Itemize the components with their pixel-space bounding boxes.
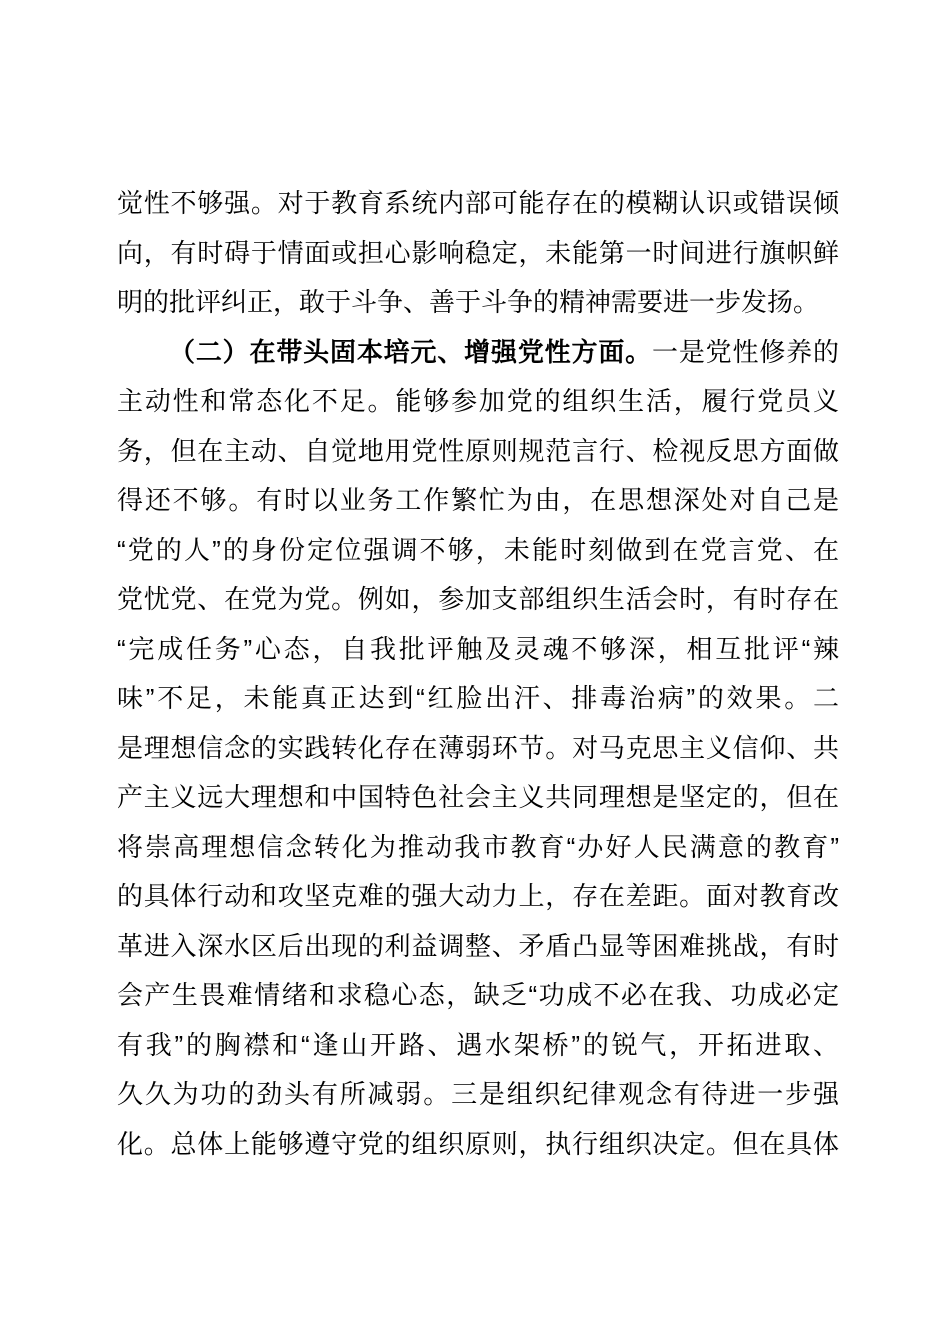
text-line: 的具体行动和攻坚克难的强大动力上，存在差距。面对教育改: [117, 872, 839, 922]
text-line: 化。总体上能够遵守党的组织原则，执行组织决定。但在具体: [117, 1120, 839, 1170]
text-run: 向，有时碍于情面或担心影响稳定，未能第一时间进行旗帜鲜: [117, 238, 839, 268]
text-run: 一是党性修养的: [652, 337, 839, 367]
text-line: 明的批评纠正，敢于斗争、善于斗争的精神需要进一步发扬。: [117, 278, 839, 328]
text-run: 务，但在主动、自觉地用党性原则规范言行、检视反思方面做: [117, 436, 839, 466]
text-run: 得还不够。有时以业务工作繁忙为由，在思想深处对自己是: [117, 485, 839, 515]
text-line: 是理想信念的实践转化存在薄弱环节。对马克思主义信仰、共: [117, 724, 839, 774]
document-body: 觉性不够强。对于教育系统内部可能存在的模糊认识或错误倾向，有时碍于情面或担心影响…: [117, 179, 839, 1169]
text-line: （二）在带头固本培元、增强党性方面。一是党性修养的: [117, 328, 839, 378]
text-line: 味”不足，未能真正达到“红脸出汗、排毒治病”的效果。二: [117, 674, 839, 724]
text-line: 将崇高理想信念转化为推动我市教育“办好人民满意的教育”: [117, 823, 839, 873]
text-run: 主动性和常态化不足。能够参加党的组织生活，履行党员义: [117, 386, 839, 416]
text-line: 主动性和常态化不足。能够参加党的组织生活，履行党员义: [117, 377, 839, 427]
text-run: 的具体行动和攻坚克难的强大动力上，存在差距。面对教育改: [117, 881, 839, 911]
document-page: 觉性不够强。对于教育系统内部可能存在的模糊认识或错误倾向，有时碍于情面或担心影响…: [0, 0, 950, 1344]
text-run: 久久为功的劲头有所减弱。三是组织纪律观念有待进一步强: [117, 1079, 839, 1109]
text-run: 味”不足，未能真正达到“红脸出汗、排毒治病”的效果。二: [117, 683, 839, 713]
text-run: 明的批评纠正，敢于斗争、善于斗争的精神需要进一步发扬。: [117, 287, 819, 317]
text-run: 化。总体上能够遵守党的组织原则，执行组织决定。但在具体: [117, 1129, 839, 1159]
text-run: 产主义远大理想和中国特色社会主义共同理想是坚定的，但在: [117, 782, 839, 812]
text-run: 会产生畏难情绪和求稳心态，缺乏“功成不必在我、功成必定: [117, 980, 839, 1010]
text-line: 革进入深水区后出现的利益调整、矛盾凸显等困难挑战，有时: [117, 922, 839, 972]
text-line: 久久为功的劲头有所减弱。三是组织纪律观念有待进一步强: [117, 1070, 839, 1120]
text-line: 党忧党、在党为党。例如，参加支部组织生活会时，有时存在: [117, 575, 839, 625]
text-run: 觉性不够强。对于教育系统内部可能存在的模糊认识或错误倾: [117, 188, 839, 218]
text-run: 革进入深水区后出现的利益调整、矛盾凸显等困难挑战，有时: [117, 931, 839, 961]
text-run: 党忧党、在党为党。例如，参加支部组织生活会时，有时存在: [117, 584, 839, 614]
text-run: “完成任务”心态，自我批评触及灵魂不够深，相互批评“辣: [117, 634, 839, 664]
text-line: “党的人”的身份定位强调不够，未能时刻做到在党言党、在: [117, 526, 839, 576]
text-line: 觉性不够强。对于教育系统内部可能存在的模糊认识或错误倾: [117, 179, 839, 229]
text-run: 将崇高理想信念转化为推动我市教育“办好人民满意的教育”: [117, 832, 839, 862]
text-run: “党的人”的身份定位强调不够，未能时刻做到在党言党、在: [117, 535, 839, 565]
text-line: 会产生畏难情绪和求稳心态，缺乏“功成不必在我、功成必定: [117, 971, 839, 1021]
text-line: “完成任务”心态，自我批评触及灵魂不够深，相互批评“辣: [117, 625, 839, 675]
text-run: 有我”的胸襟和“逢山开路、遇水架桥”的锐气，开拓进取、: [117, 1030, 839, 1060]
text-line: 向，有时碍于情面或担心影响稳定，未能第一时间进行旗帜鲜: [117, 229, 839, 279]
text-line: 产主义远大理想和中国特色社会主义共同理想是坚定的，但在: [117, 773, 839, 823]
text-line: 得还不够。有时以业务工作繁忙为由，在思想深处对自己是: [117, 476, 839, 526]
section-heading: （二）在带头固本培元、增强党性方面。: [169, 337, 652, 367]
text-line: 务，但在主动、自觉地用党性原则规范言行、检视反思方面做: [117, 427, 839, 477]
text-run: 是理想信念的实践转化存在薄弱环节。对马克思主义信仰、共: [117, 733, 839, 763]
text-line: 有我”的胸襟和“逢山开路、遇水架桥”的锐气，开拓进取、: [117, 1021, 839, 1071]
